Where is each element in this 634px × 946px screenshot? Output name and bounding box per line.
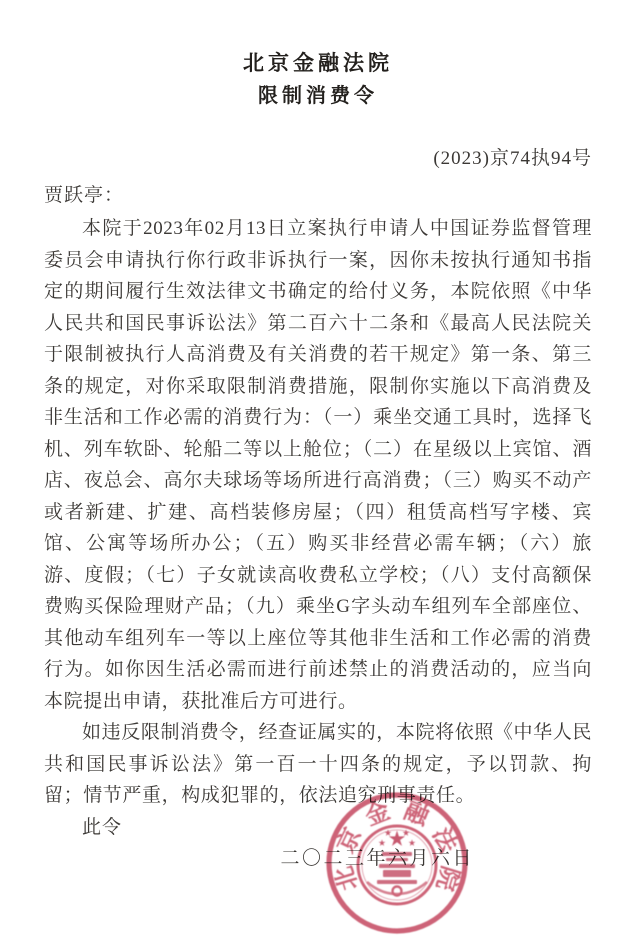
recipient-name: 贾跃亭：	[44, 183, 592, 209]
court-name: 北京金融法院	[44, 50, 592, 76]
court-order-document: 北京金融法院 限制消费令 (2023)京74执94号 贾跃亭： 本院于2023年…	[0, 0, 634, 946]
document-title: 限制消费令	[44, 83, 592, 109]
closing-phrase: 此令	[44, 812, 592, 844]
body-paragraph-1: 本院于2023年02月13日立案执行申请人中国证券监督管理委员会申请执行你行政非…	[44, 213, 592, 717]
issue-date: 二〇二三年六月六日	[44, 843, 592, 875]
body-paragraph-2: 如违反限制消费令，经查证属实的，本院将依照《中华人民共和国民事诉讼法》第一百一十…	[44, 717, 592, 812]
case-number: (2023)京74执94号	[44, 146, 592, 172]
document-body: 北京金融法院 限制消费令 (2023)京74执94号 贾跃亭： 本院于2023年…	[0, 0, 634, 875]
